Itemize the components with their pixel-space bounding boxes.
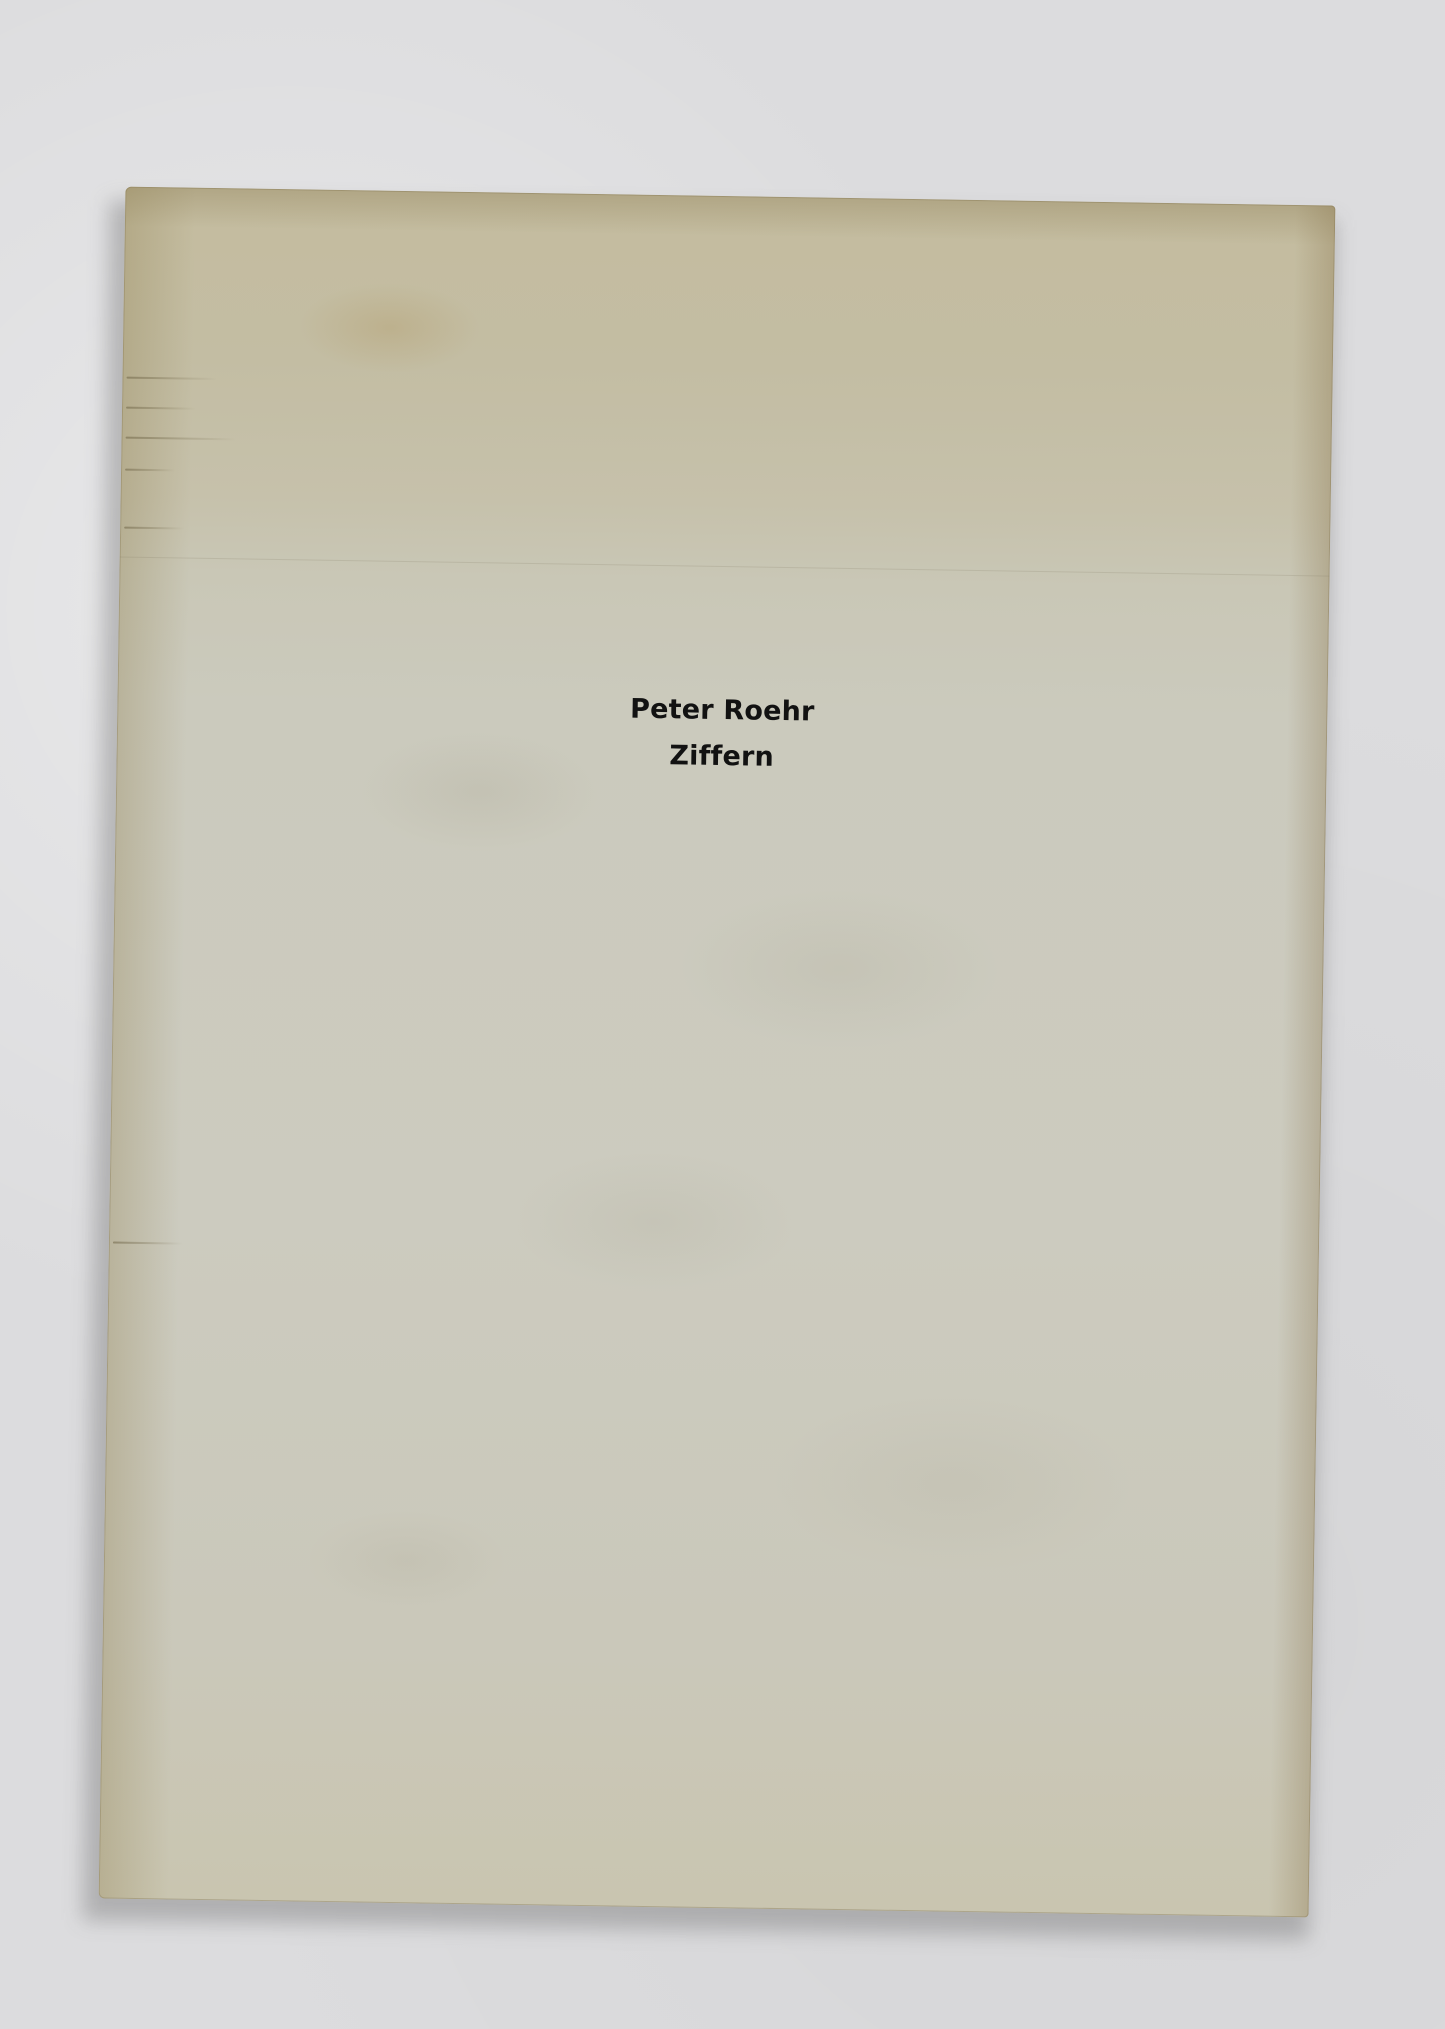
photo-scene: Peter Roehr Ziffern bbox=[0, 0, 1445, 2029]
booklet-cover: Peter Roehr Ziffern bbox=[99, 187, 1336, 1918]
cover-title-block: Peter Roehr Ziffern bbox=[116, 679, 1327, 790]
paper-foxing-texture bbox=[99, 187, 1336, 1918]
